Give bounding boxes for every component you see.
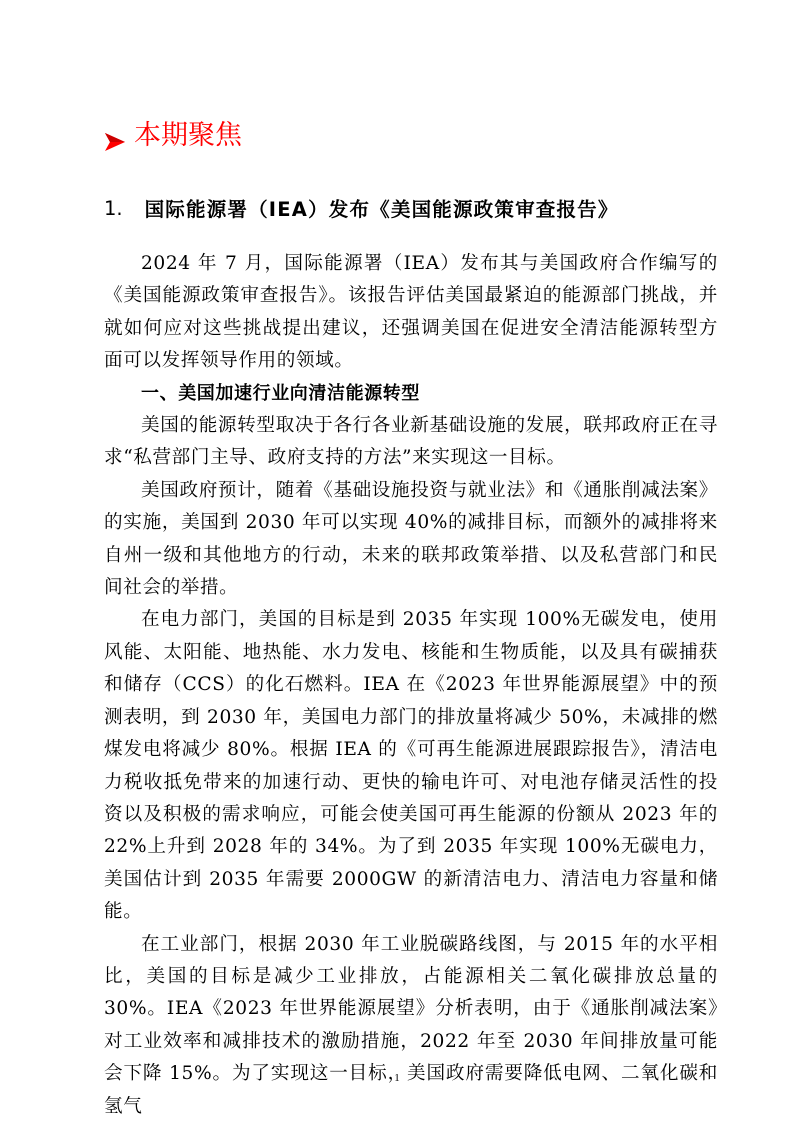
paragraph-energy-transition: 美国的能源转型取决于各行各业新基础设施的发展，联邦政府正在寻求“私营部门主导、政… <box>104 410 718 475</box>
article-title-text: 国际能源署（IEA）发布《美国能源政策审查报告》 <box>145 194 619 222</box>
paragraph-industry-sector: 在工业部门，根据 2030 年工业脱碳路线图，与 2015 年的水平相比，美国的… <box>104 929 718 1123</box>
paragraph-emission-target: 美国政府预计，随着《基础设施投资与就业法》和《通胀削减法案》的实施，美国到 20… <box>104 475 718 605</box>
article-title: 1. 国际能源署（IEA）发布《美国能源政策审查报告》 <box>104 193 619 223</box>
article-body: 2024 年 7 月，国际能源署（IEA）发布其与美国政府合作编写的《美国能源政… <box>104 248 718 1123</box>
paragraph-intro: 2024 年 7 月，国际能源署（IEA）发布其与美国政府合作编写的《美国能源政… <box>104 248 718 378</box>
document-page: 本期聚焦 1. 国际能源署（IEA）发布《美国能源政策审查报告》 2024 年 … <box>0 0 794 1123</box>
section-title-text: 本期聚焦 <box>134 116 242 156</box>
subheading-clean-energy-transition: 一、美国加速行业向清洁能源转型 <box>104 378 718 410</box>
page-number: 1 <box>0 1072 794 1084</box>
section-title: 本期聚焦 <box>104 116 242 156</box>
article-number: 1. <box>104 197 123 220</box>
paragraph-power-sector: 在电力部门，美国的目标是到 2035 年实现 100%无碳发电，使用风能、太阳能… <box>104 604 718 928</box>
arrowhead-bullet-icon <box>104 125 126 147</box>
